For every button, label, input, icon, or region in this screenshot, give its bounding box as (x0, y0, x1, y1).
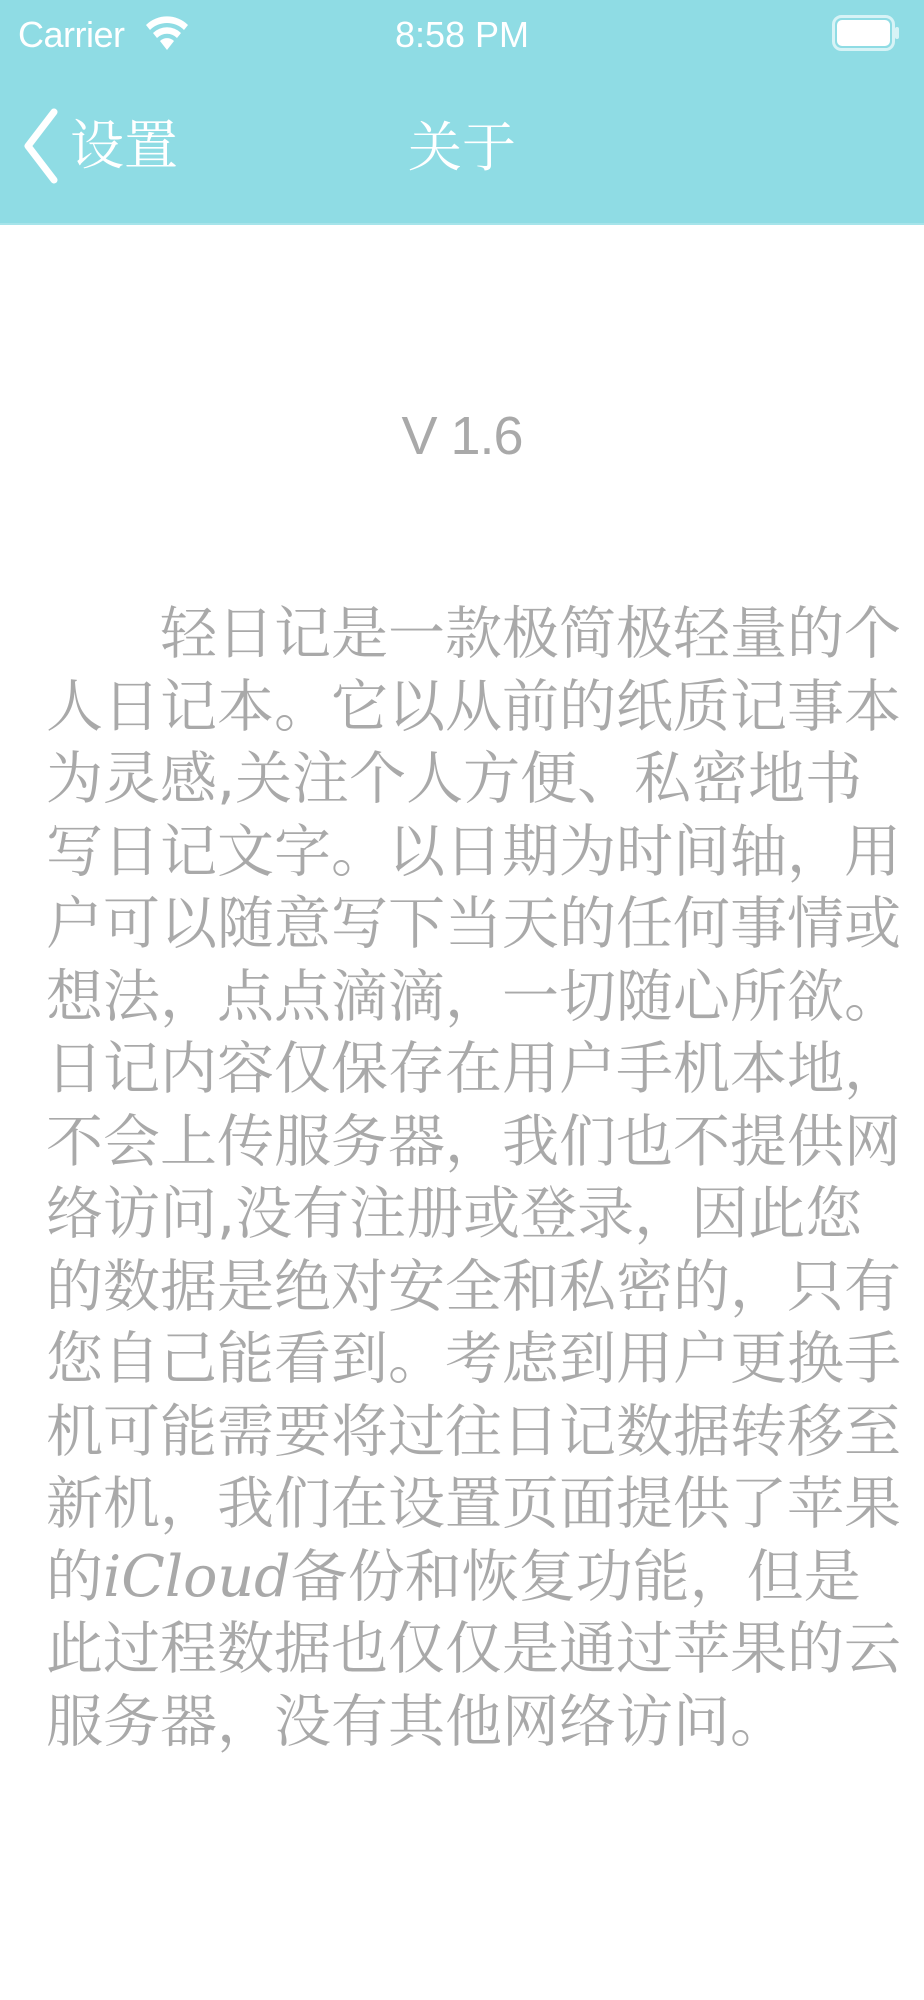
header: Carrier 8:58 PM 设置 关于 (0, 0, 924, 225)
version-label: V 1.6 (0, 405, 924, 467)
about-text-part1: 轻日记是一款极简极轻量的个人日记本。它以从前的纸质记事本为灵感,关注个人方便、私… (46, 601, 901, 1610)
about-description: 轻日记是一款极简极轻量的个人日记本。它以从前的纸质记事本为灵感,关注个人方便、私… (46, 598, 902, 1758)
status-bar: Carrier 8:58 PM (0, 0, 924, 70)
navigation-bar: 设置 关于 (0, 70, 924, 225)
icloud-text: iCloud (103, 1544, 291, 1610)
battery-full-icon (832, 15, 900, 51)
status-time: 8:58 PM (0, 14, 924, 56)
page-title: 关于 (0, 110, 924, 186)
